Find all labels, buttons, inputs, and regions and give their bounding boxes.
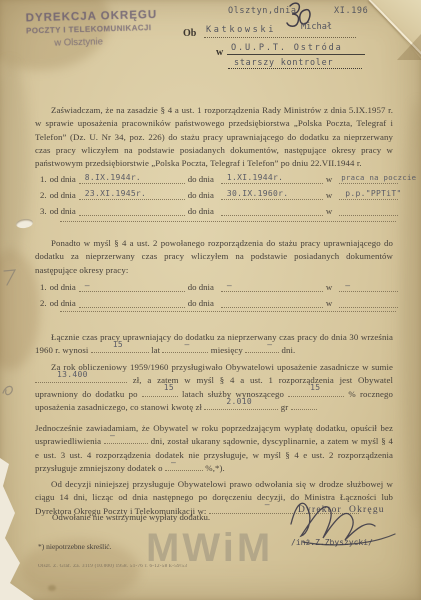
print-info: Olszt. Z. Graf. Za. 3119 (10.000) 1958. …	[38, 564, 187, 569]
where-field: —	[339, 281, 398, 292]
years-field: 15	[91, 344, 149, 353]
reduced-field: —	[165, 462, 203, 471]
where-label: w	[326, 298, 332, 308]
to-label: do dnia	[188, 206, 214, 216]
row-number: 1.	[40, 282, 47, 292]
continuation-line	[60, 311, 396, 312]
from-value: 23.XI.1945r.	[85, 189, 146, 198]
from-label: od dnia	[50, 282, 76, 292]
row-number: 3.	[40, 206, 47, 216]
to-label: do dnia	[188, 282, 214, 292]
certify-paragraph: Zaświadczam, że na zasadzie § 4 a ust. 1…	[35, 104, 393, 171]
months-value: —	[168, 338, 189, 351]
to-field	[221, 205, 323, 216]
where-value: praca na poczcie w ZSRR	[341, 173, 421, 182]
pencil-mark	[1, 381, 19, 401]
continuation-line	[60, 221, 396, 222]
footnote: *) niepotrzebne skreślić.	[38, 542, 112, 551]
from-field: 8.IX.1944r.	[79, 173, 185, 184]
row-number: 1.	[40, 174, 47, 184]
service-years-field: 15	[142, 388, 178, 397]
where-value: —	[345, 281, 350, 290]
office-field: O.U.P.T. Ostróda	[227, 42, 365, 55]
from-field: 23.XI.1945r.	[79, 189, 185, 200]
from-value: 8.IX.1944r.	[85, 173, 141, 182]
to-value: 30.IX.1960r.	[227, 189, 288, 198]
addressee-surname: Katkowski	[206, 25, 276, 35]
addressee-row: Ob Katkowski Michał	[183, 23, 359, 41]
percent-field: 15	[288, 388, 344, 397]
years-value: 15	[97, 338, 123, 351]
notice-paragraph: Jednocześnie zawiadamiam, że Obywatel w …	[35, 422, 393, 476]
months-label: miesięcy	[211, 345, 243, 355]
to-value: 1.XI.1944r.	[227, 173, 283, 182]
where-label: w	[326, 206, 332, 216]
position-field: starszy kontroler	[228, 57, 362, 69]
where-field	[339, 205, 398, 216]
from-label: od dnia	[50, 174, 76, 184]
days-value: —	[251, 338, 272, 351]
to-field: 1.XI.1944r.	[221, 173, 323, 184]
period-row: 3. od dnia do dnia w	[40, 202, 398, 216]
office-stamp: DYREKCJA OKRĘGU POCZTY I TELEKOMUNIKACJI…	[26, 8, 207, 50]
additional-paragraph: Ponadto w myśl § 4 a ust. 2 powołanego r…	[35, 237, 393, 277]
quota-field: 2.010	[204, 401, 278, 410]
service-years-value: 15	[148, 381, 174, 394]
to-field: —	[221, 281, 323, 292]
where-field	[339, 297, 398, 308]
to-field: 30.IX.1960r.	[221, 189, 323, 200]
period-row: 1. od dnia — do dnia — w —	[40, 278, 398, 292]
from-label: od dnia	[50, 190, 76, 200]
salary-paragraph: Za rok obliczeniowy 1959/1960 przysługiw…	[35, 361, 393, 415]
where-label: w	[326, 282, 332, 292]
amount-value: 13.400	[41, 368, 88, 381]
to-label: do dnia	[188, 190, 214, 200]
position-title: starszy kontroler	[234, 57, 333, 67]
period-row: 2. od dnia do dnia w	[40, 294, 398, 308]
paper-spot	[48, 585, 56, 591]
row-number: 2.	[40, 190, 47, 200]
to-label: do dnia	[188, 174, 214, 184]
gr-label: gr	[281, 402, 289, 412]
where-field: p.p."PPTiT"	[339, 189, 398, 200]
to-field	[221, 297, 323, 308]
days-label: dni.	[282, 345, 296, 355]
to-label: do dnia	[188, 298, 214, 308]
quota-value: 2.010	[210, 395, 252, 408]
absent-days-field: —	[104, 435, 148, 444]
period-row: 2. od dnia 23.XI.1945r. do dnia 30.IX.19…	[40, 186, 398, 200]
percent-value: 15	[294, 381, 320, 394]
absent-days-value: —	[110, 429, 115, 442]
to-value: —	[227, 281, 232, 290]
document-content: DYREKCJA OKRĘGU POCZTY I TELEKOMUNIKACJI…	[0, 0, 421, 600]
addressee-name-field: Katkowski Michał	[204, 23, 356, 38]
from-field	[79, 205, 185, 216]
where-label: w	[326, 190, 332, 200]
amount-field: 13.400	[35, 374, 127, 383]
stamp-line: POCZTY I TELEKOMUNIKACJI	[26, 22, 206, 36]
from-label: od dnia	[50, 206, 76, 216]
where-field: praca na poczcie w ZSRR	[339, 173, 398, 184]
where-label: w	[326, 174, 332, 184]
salary-lead: Za rok obliczeniowy 1959/1960 przysługiw…	[51, 362, 393, 372]
months-field: —	[162, 344, 208, 353]
reduced-value: —	[171, 456, 176, 469]
from-field: —	[79, 281, 185, 292]
stamp-line: w Olsztynie	[54, 34, 206, 49]
notice-tail: %,*).	[205, 463, 225, 473]
from-field	[79, 297, 185, 308]
document-scan: DYREKCJA OKRĘGU POCZTY I TELEKOMUNIKACJI…	[0, 0, 421, 600]
gr-field	[291, 401, 317, 410]
total-paragraph: Łącznie czas pracy uprawniający do dodat…	[35, 331, 393, 358]
from-label: od dnia	[50, 298, 76, 308]
from-value: —	[85, 281, 90, 290]
handwritten-day: 30	[283, 0, 313, 30]
pencil-mark	[2, 268, 20, 288]
period-row: 1. od dnia 8.IX.1944r. do dnia 1.XI.1944…	[40, 170, 398, 184]
appeal-value: —	[249, 498, 270, 511]
days-field: —	[245, 344, 279, 353]
no-suspension-note: Odwołanie nie wstrzymuje wypłaty dodatku…	[52, 512, 210, 522]
row-number: 2.	[40, 298, 47, 308]
folded-corner	[363, 0, 421, 64]
office-name: O.U.P.T. Ostróda	[231, 43, 343, 53]
where-value: p.p."PPTiT"	[345, 189, 401, 198]
lat-label: lat	[151, 345, 160, 355]
in-label: w	[216, 47, 223, 58]
signature-scribble	[283, 490, 407, 552]
